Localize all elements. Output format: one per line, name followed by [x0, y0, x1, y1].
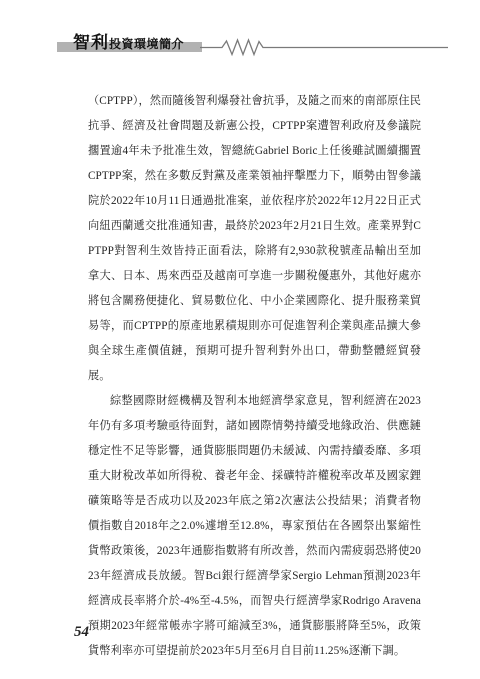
- page: { "header": { "title_main": "智利", "title…: [0, 0, 480, 679]
- paragraph-economy-outlook: 綜整國際財經機構及智利本地經濟學家意見，智利經濟在2023年仍有多項考驗亟待面對…: [88, 389, 421, 664]
- page-title-subtitle: 投資環境簡介: [109, 38, 184, 52]
- page-header: 智利投資環境簡介: [0, 0, 480, 70]
- page-number: 54: [74, 624, 89, 641]
- page-title-country: 智利: [73, 34, 109, 52]
- page-title: 智利投資環境簡介: [73, 0, 184, 52]
- paragraph-cptpp: （CPTPP），然而隨後智利爆發社會抗爭，及隨之而來的南部原住民抗爭、經濟及社會…: [88, 89, 421, 389]
- header-rule-zigzag-icon: [200, 37, 448, 58]
- document-body: （CPTPP），然而隨後智利爆發社會抗爭，及隨之而來的南部原住民抗爭、經濟及社會…: [88, 89, 421, 664]
